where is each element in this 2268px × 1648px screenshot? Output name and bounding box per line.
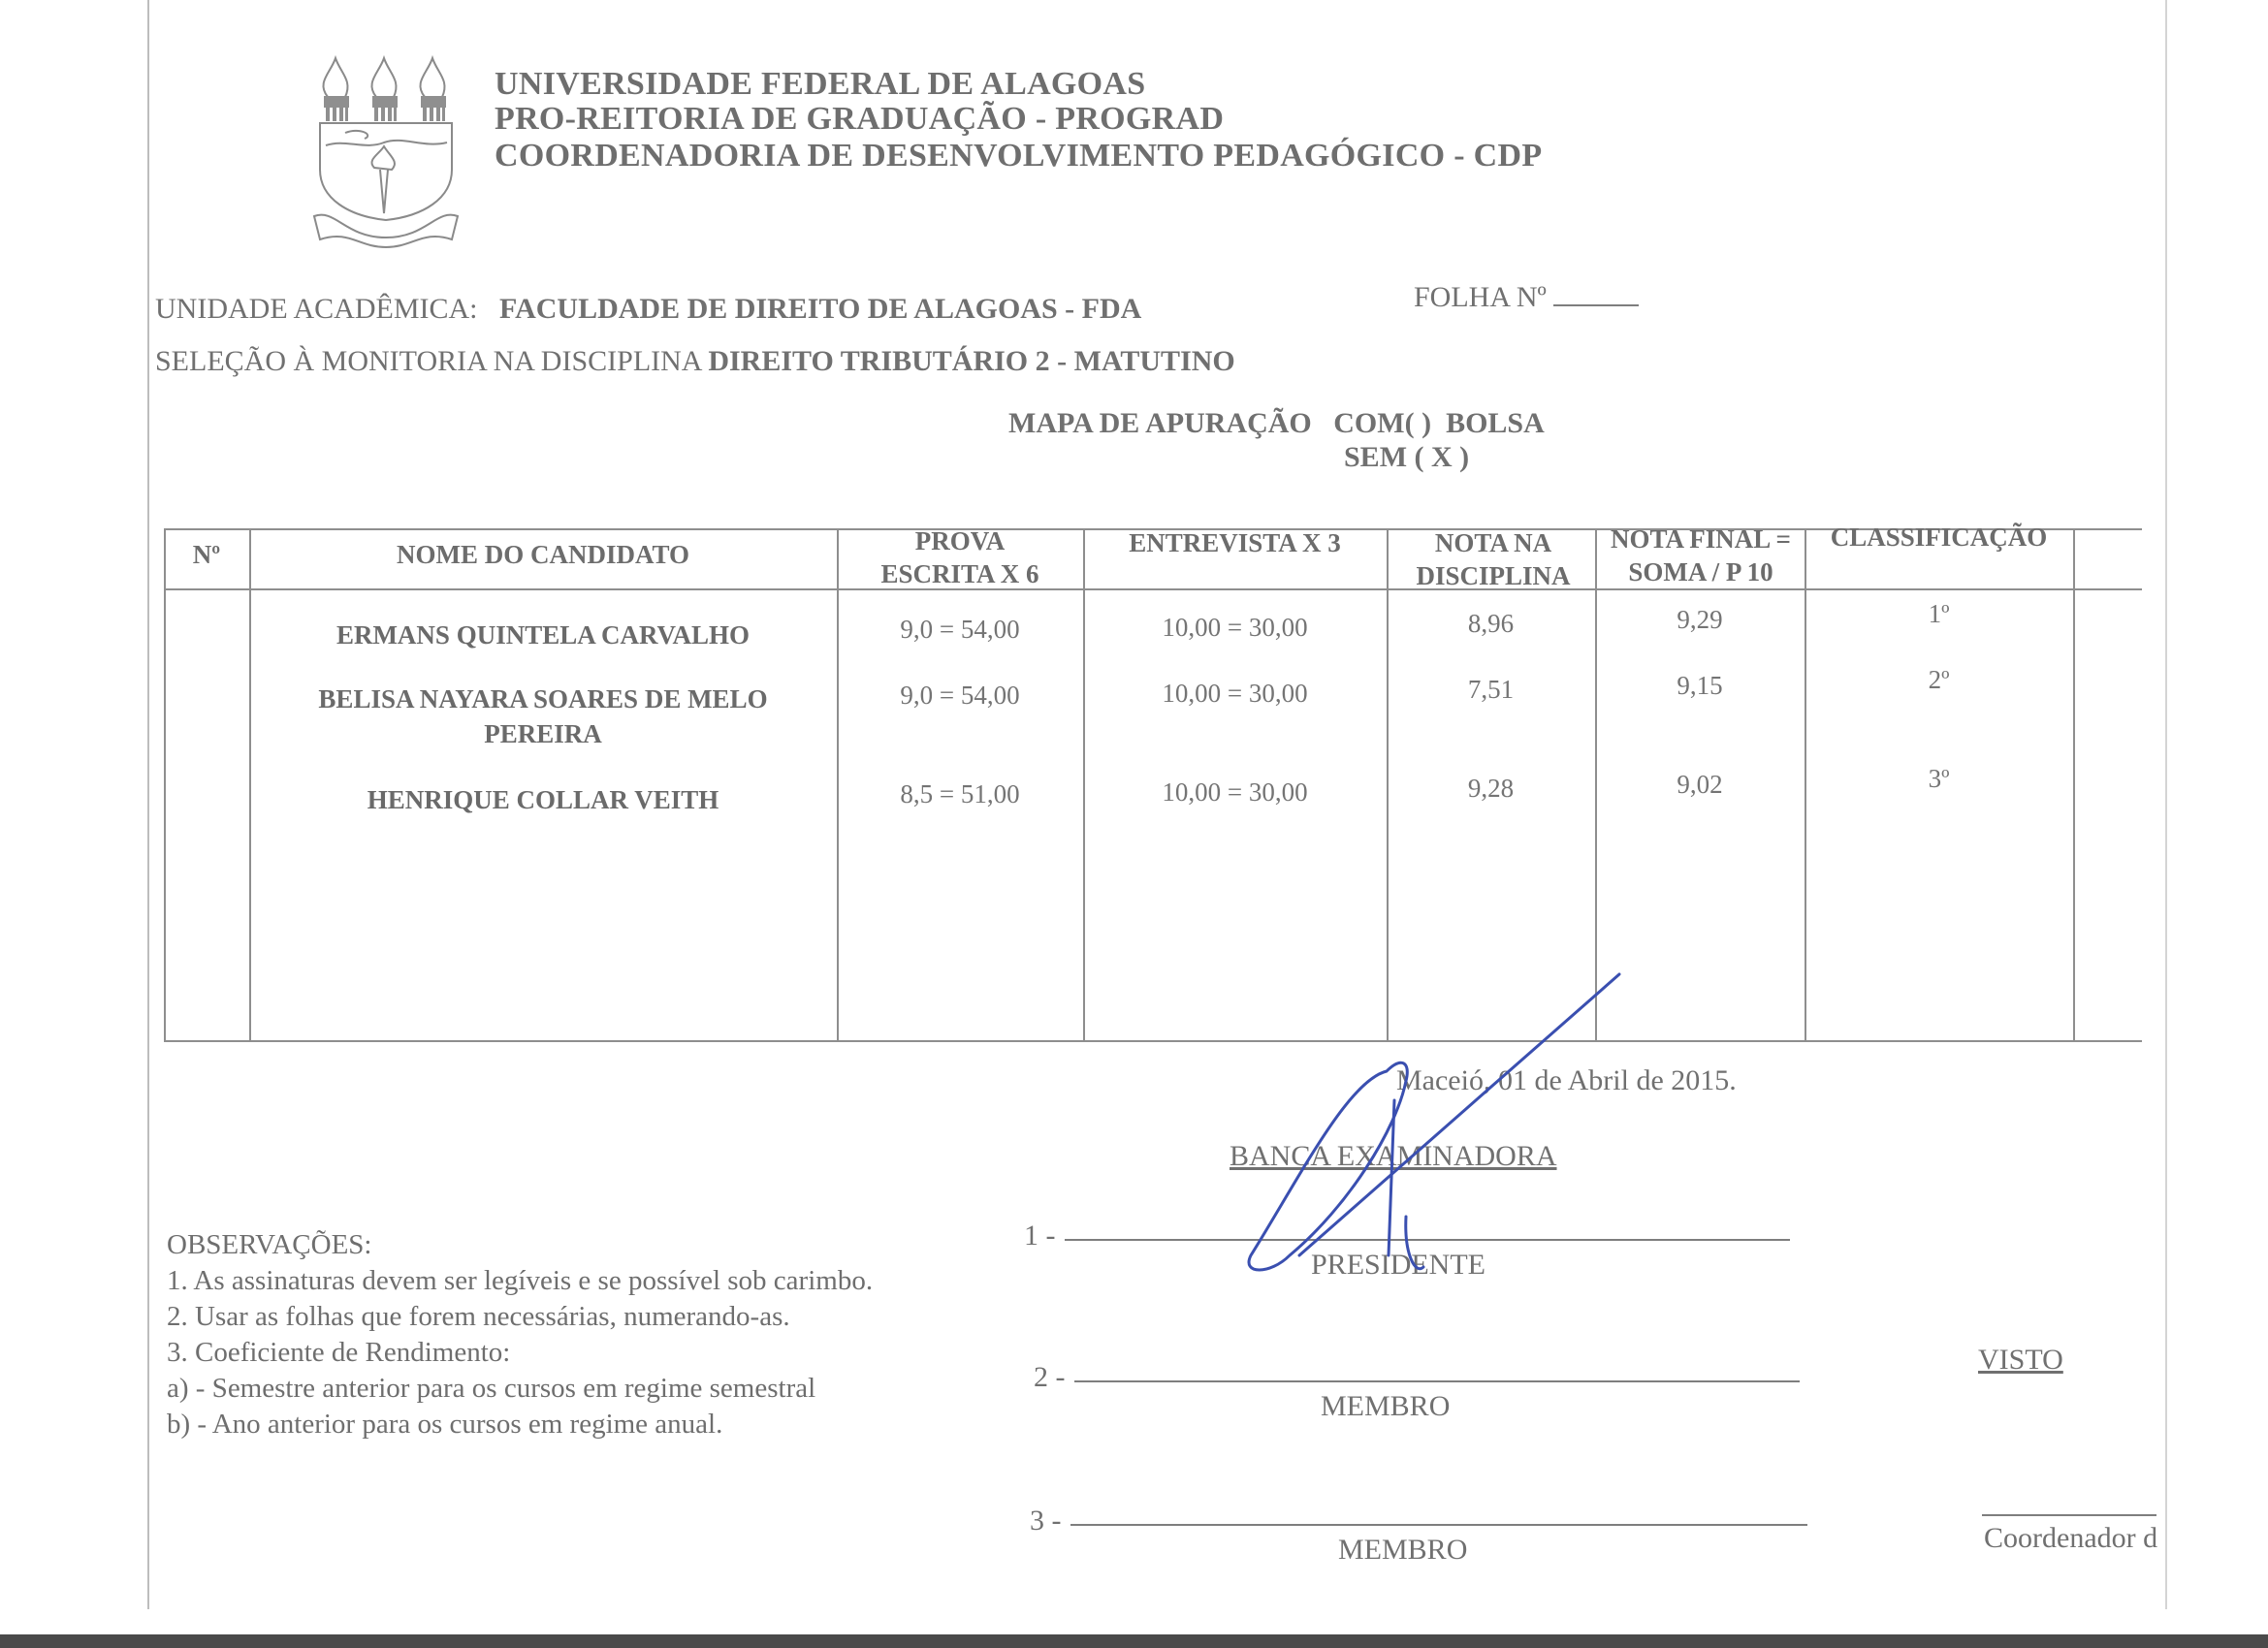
academic-unit-line: UNIDADE ACADÊMICA: FACULDADE DE DIREITO …: [155, 293, 1141, 326]
candidate-name: ERMANS QUINTELA CARVALHO: [249, 618, 837, 652]
with-scholarship-checkbox[interactable]: COM( ): [1333, 407, 1431, 439]
interview-score: 10,00 = 30,00: [1083, 610, 1387, 645]
coordination-name: COORDENADORIA DE DESENVOLVIMENTO PEDAGÓG…: [495, 138, 1542, 174]
col-header-written-exam: PROVA ESCRITA X 6: [856, 524, 1064, 590]
without-scholarship-checkbox[interactable]: SEM ( X ): [1344, 441, 1469, 474]
pro-rectorate-name: PRO-REITORIA DE GRADUAÇÃO - PROGRAD: [495, 101, 1224, 138]
header-divider: [164, 588, 2142, 590]
written-exam-score: 8,5 = 51,00: [837, 776, 1083, 811]
scan-page-edge-left: [147, 0, 149, 1609]
signature-line-coordinator[interactable]: [1982, 1514, 2156, 1516]
observation-item: b) - Ano anterior para os cursos em regi…: [167, 1407, 722, 1442]
rank: 1º: [1805, 596, 2073, 631]
final-grade: 9,29: [1595, 602, 1805, 637]
final-grade: 9,15: [1595, 668, 1805, 703]
course-name: DIREITO TRIBUTÁRIO 2 - MATUTINO: [708, 345, 1234, 377]
results-table: Nº NOME DO CANDIDATO PROVA ESCRITA X 6 E…: [164, 528, 2142, 1042]
col-header-final-grade: NOTA FINAL = SOMA / P 10: [1597, 523, 1805, 588]
signature-line-member-1[interactable]: [1074, 1380, 1800, 1382]
sheet-number-label: FOLHA Nº: [1414, 281, 1547, 313]
university-crest-logo: [306, 53, 481, 252]
handwritten-signature-icon: [1231, 965, 1639, 1294]
col-header-number: Nº: [164, 538, 249, 571]
course-grade: 7,51: [1387, 672, 1595, 707]
col-header-rank: CLASSIFICAÇÃO: [1805, 521, 2073, 554]
col-header-name: NOME DO CANDIDATO: [249, 538, 837, 571]
final-grade: 9,02: [1595, 767, 1805, 802]
selection-line: SELEÇÃO À MONITORIA NA DISCIPLINA DIREIT…: [155, 345, 1235, 378]
sheet-number-field[interactable]: FOLHA Nº: [1414, 281, 1639, 314]
observations-title: OBSERVAÇÕES:: [167, 1227, 371, 1263]
selection-label: SELEÇÃO À MONITORIA NA DISCIPLINA: [155, 345, 701, 377]
crest-icon: [306, 53, 481, 252]
candidate-name: BELISA NAYARA SOARES DE MELO PEREIRA: [288, 681, 798, 751]
observation-item: 3. Coeficiente de Rendimento:: [167, 1335, 510, 1371]
map-label: MAPA DE APURAÇÃO: [1008, 407, 1312, 439]
candidate-name: HENRIQUE COLLAR VEITH: [249, 782, 837, 817]
rank: 3º: [1805, 761, 2073, 796]
coordinator-label: Coordenador d: [1984, 1522, 2157, 1555]
signature-index-3: 3 -: [1030, 1505, 1062, 1537]
scanner-edge-bar: [0, 1634, 2268, 1648]
visto-label: VISTO: [1978, 1344, 2063, 1377]
interview-score: 10,00 = 30,00: [1083, 676, 1387, 711]
course-grade: 8,96: [1387, 606, 1595, 641]
col-header-interview: ENTREVISTA X 3: [1083, 526, 1387, 559]
observation-item: 2. Usar as folhas que forem necessárias,…: [167, 1299, 790, 1335]
rank: 2º: [1805, 662, 2073, 697]
col-header-course-grade: NOTA NA DISCIPLINA: [1416, 526, 1571, 592]
course-grade: 9,28: [1387, 771, 1595, 806]
signature-index-2: 2 -: [1034, 1361, 1066, 1394]
signature-role-member-1: MEMBRO: [1321, 1390, 1450, 1423]
written-exam-score: 9,0 = 54,00: [837, 678, 1083, 713]
scholarship-label: BOLSA: [1446, 407, 1545, 439]
interview-score: 10,00 = 30,00: [1083, 775, 1387, 809]
sheet-number-blank[interactable]: [1553, 283, 1639, 306]
signature-line-member-2[interactable]: [1070, 1524, 1807, 1526]
institution-name: UNIVERSIDADE FEDERAL DE ALAGOAS: [495, 66, 1146, 103]
map-heading: MAPA DE APURAÇÃO COM( ) BOLSA: [1008, 407, 1545, 440]
observation-item: 1. As assinaturas devem ser legíveis e s…: [167, 1263, 873, 1299]
scan-page-edge-right: [2165, 0, 2167, 1609]
signature-role-member-2: MEMBRO: [1338, 1534, 1467, 1567]
observation-item: a) - Semestre anterior para os cursos em…: [167, 1371, 815, 1407]
signature-index-1: 1 -: [1024, 1220, 1056, 1252]
academic-unit-value: FACULDADE DE DIREITO DE ALAGOAS - FDA: [499, 293, 1141, 325]
written-exam-score: 9,0 = 54,00: [837, 612, 1083, 647]
academic-unit-label: UNIDADE ACADÊMICA:: [155, 293, 478, 325]
